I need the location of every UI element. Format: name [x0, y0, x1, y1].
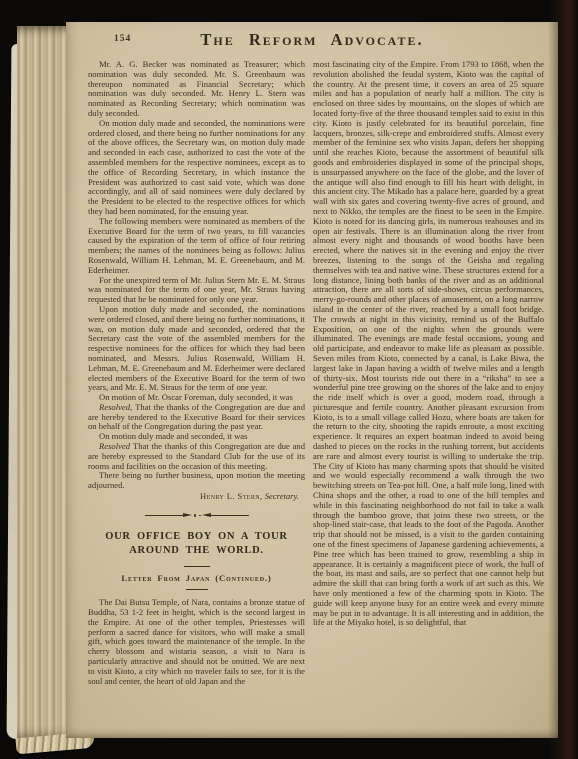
- minutes-paragraph: The following members were nominated as …: [88, 217, 305, 276]
- resolved-lead: Resolved,: [99, 402, 132, 412]
- article-heading: OUR OFFICE BOY ON A TOUR AROUND THE WORL…: [90, 530, 303, 558]
- ornament-arrow-left-icon: [202, 513, 211, 517]
- ornament-dot-icon: [194, 514, 197, 517]
- page-header: 154 The Reform Advocate.: [66, 22, 558, 58]
- paragraph-text: The following members were nominated as …: [88, 216, 305, 275]
- article-paragraph: The Dai Butsu Temple, of Nara, contains …: [88, 598, 305, 686]
- minutes-paragraph: Resolved,That the thanks of the Congrega…: [88, 403, 305, 432]
- subheading-rule: [186, 589, 208, 591]
- ornament-rule-right: [211, 515, 249, 516]
- page-number: 154: [114, 34, 131, 44]
- minutes-paragraph: There being no further business, upon mo…: [88, 471, 305, 491]
- ornament-arrow-right-icon: [183, 513, 192, 517]
- paragraph-text: For the unexpired term of Mr. Julius Ste…: [88, 275, 305, 305]
- minutes-paragraph: Mr. A. G. Becker was nominated as Treasu…: [88, 60, 305, 119]
- secretary-signature: Henry L. Stern, Secretary.: [88, 492, 305, 502]
- signature-name: Henry L. Stern,: [200, 491, 263, 501]
- minutes-paragraph: ResolvedThat the thanks of this Congrega…: [88, 442, 305, 471]
- article-continuation-text: most fascinating city of the Empire. Fro…: [313, 60, 544, 628]
- minutes-paragraph: For the unexpired term of Mr. Julius Ste…: [88, 276, 305, 305]
- paragraph-text: On motion duly made and seconded, it was: [99, 431, 247, 441]
- paragraph-text: There being no further business, upon mo…: [88, 470, 305, 490]
- journal-title: The Reform Advocate.: [66, 22, 558, 50]
- paragraph-text: On motion duly made and seconded, the no…: [88, 118, 305, 216]
- resolved-lead: Resolved: [99, 441, 130, 451]
- left-column: Mr. A. G. Becker was nominated as Treasu…: [88, 60, 305, 686]
- divider-ornament-icon: [88, 512, 305, 519]
- right-column: most fascinating city of the Empire. Fro…: [313, 60, 544, 686]
- two-column-body: Mr. A. G. Becker was nominated as Treasu…: [66, 58, 558, 686]
- paragraph-text: On motion of Mr. Oscar Foreman, duly sec…: [99, 392, 293, 402]
- minutes-paragraph: On motion duly made and seconded, the no…: [88, 119, 305, 217]
- minutes-paragraph: Upon motion duly made and seconded, the …: [88, 305, 305, 393]
- paragraph-text: Mr. A. G. Becker was nominated as Treasu…: [88, 59, 305, 118]
- ornament-rule-left: [145, 515, 183, 516]
- signature-role: Secretary.: [265, 491, 299, 501]
- article-subheading: Letter From Japan (Continued.): [88, 574, 305, 584]
- heading-rule: [184, 566, 210, 567]
- ornament-dot-small-icon: [199, 515, 201, 517]
- book-page-edges: [17, 26, 71, 743]
- magazine-page: 154 The Reform Advocate. Mr. A. G. Becke…: [66, 22, 558, 738]
- paragraph-text: Upon motion duly made and seconded, the …: [88, 304, 305, 392]
- book-spine-shadow: [548, 0, 578, 759]
